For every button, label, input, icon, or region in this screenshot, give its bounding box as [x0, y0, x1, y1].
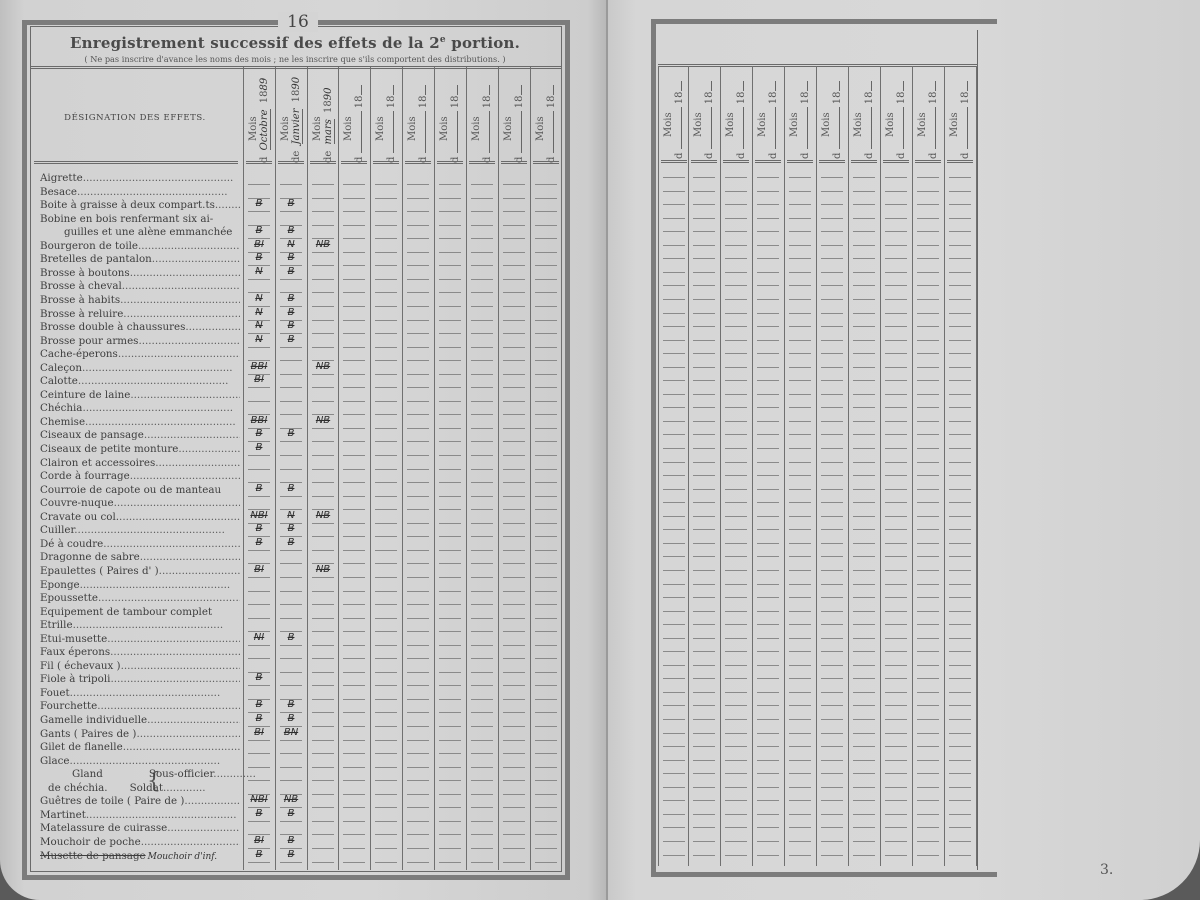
handwritten-entry[interactable]: B: [276, 632, 306, 643]
cell-rule: [949, 570, 971, 571]
cell-rule: [917, 394, 939, 395]
effect-label: Chéchia: [40, 402, 82, 414]
cell-rule: [885, 746, 907, 747]
cell-rule: [885, 204, 907, 205]
cell-rule: [312, 591, 334, 592]
handwritten-entry[interactable]: B: [276, 198, 306, 209]
effect-label: Couvre-nuque: [40, 497, 114, 509]
handwritten-entry[interactable]: B: [244, 523, 274, 534]
handwritten-entry[interactable]: B: [276, 307, 306, 318]
cell-rule: [949, 855, 971, 856]
cell-rule: [821, 191, 843, 192]
cell-rule: [693, 502, 715, 503]
cell-rule: [693, 489, 715, 490]
mois-label: Mois: [663, 112, 674, 137]
cell-rule: [853, 692, 875, 693]
cell-rule: [853, 651, 875, 652]
cell-rule: [663, 516, 685, 517]
cell-rule: [343, 198, 365, 199]
cell-rule: [917, 719, 939, 720]
cell-rule: [471, 794, 493, 795]
mois-label: Mois: [821, 112, 832, 137]
effect-row: guilles et une alène emmanchée: [64, 226, 264, 239]
cell-rule: [663, 651, 685, 652]
cell-rule: [471, 604, 493, 605]
year-suffix[interactable]: 89: [259, 78, 270, 91]
cell-rule: [343, 672, 365, 673]
year-field[interactable]: [768, 81, 776, 91]
cell-rule: [949, 516, 971, 517]
cell-rule: [949, 651, 971, 652]
cell-rule: [853, 787, 875, 788]
cell-rule: [853, 313, 875, 314]
cell-rule: [503, 198, 525, 199]
cell-rule: [407, 658, 429, 659]
year-prefix: 18: [546, 95, 557, 108]
month-name-field[interactable]: Octobre: [259, 109, 271, 150]
mois-label: Mois: [503, 116, 514, 141]
effect-row: Musette de pansageMouchoir d'inf.: [40, 850, 240, 864]
handwritten-entry[interactable]: BI: [244, 835, 274, 846]
handwritten-entry[interactable]: NB: [308, 564, 338, 575]
year-suffix[interactable]: [418, 85, 426, 95]
cell-rule: [248, 455, 270, 456]
cell-rule: [757, 502, 779, 503]
month-name-field[interactable]: [354, 111, 362, 153]
cell-rule: [375, 184, 397, 185]
handwritten-entry[interactable]: B: [276, 835, 306, 846]
year-field[interactable]: [704, 81, 712, 91]
year-field[interactable]: [896, 81, 904, 91]
cell-rule: [407, 794, 429, 795]
cell-rule: [725, 245, 747, 246]
cell-rule: [853, 746, 875, 747]
cell-rule: [917, 529, 939, 530]
handwritten-entry[interactable]: B: [276, 537, 306, 548]
month-name-field[interactable]: [514, 111, 522, 153]
cell-rule: [439, 577, 461, 578]
cell-rule: [407, 699, 429, 700]
cell-rule: [917, 177, 939, 178]
cell-rule: [853, 570, 875, 571]
cell-rule: [503, 455, 525, 456]
month-column-header: Moisd 18: [338, 72, 369, 164]
cell-rule: [949, 407, 971, 408]
cell-rule: [949, 773, 971, 774]
cell-rule: [503, 482, 525, 483]
cell-rule: [663, 827, 685, 828]
cell-rule: [789, 299, 811, 300]
column-rule: [275, 67, 276, 870]
month-name-field[interactable]: [928, 107, 936, 149]
month-column-header: Moisd 18: [720, 68, 751, 160]
handwritten-entry[interactable]: B: [276, 320, 306, 331]
cell-rule: [821, 353, 843, 354]
effect-row: Cravate ou col..........................…: [40, 511, 240, 524]
cell-rule: [949, 638, 971, 639]
handwritten-entry[interactable]: B: [276, 483, 306, 494]
page-number-right: 3.: [1100, 862, 1113, 878]
cell-rule: [503, 563, 525, 564]
handwritten-entry[interactable]: B: [244, 225, 274, 236]
cell-rule: [503, 618, 525, 619]
effect-label: Clairon et accessoires: [40, 457, 155, 469]
handwritten-entry[interactable]: B: [244, 537, 274, 548]
year-suffix[interactable]: [546, 85, 554, 95]
year-field[interactable]: [928, 81, 936, 91]
handwritten-entry[interactable]: NB: [276, 794, 306, 805]
cell-rule: [885, 733, 907, 734]
handwritten-entry[interactable]: N: [276, 239, 306, 250]
year-prefix: 18: [291, 90, 302, 103]
cell-rule: [917, 272, 939, 273]
handwritten-entry[interactable]: B: [276, 808, 306, 819]
year-field[interactable]: [864, 81, 872, 91]
handwritten-entry[interactable]: BN: [276, 727, 306, 738]
cell-rule: [725, 299, 747, 300]
handwritten-entry[interactable]: B: [244, 713, 274, 724]
effect-row: Martinet................................…: [40, 809, 240, 822]
cell-rule: [663, 367, 685, 368]
handwritten-entry[interactable]: B: [244, 198, 274, 209]
handwritten-entry[interactable]: N: [244, 293, 274, 304]
handwritten-entry[interactable]: B: [244, 428, 274, 439]
effect-row: Gamelle individuelle....................…: [40, 714, 240, 727]
cell-rule: [312, 306, 334, 307]
cell-rule: [343, 306, 365, 307]
mois-label: Mois: [407, 116, 418, 141]
cell-rule: [407, 414, 429, 415]
handwritten-entry[interactable]: B: [244, 849, 274, 860]
cell-rule: [280, 455, 302, 456]
year-suffix[interactable]: [354, 85, 362, 95]
cell-rule: [248, 604, 270, 605]
cell-rule: [789, 489, 811, 490]
month-name-field[interactable]: [546, 111, 554, 153]
cell-rule: [853, 624, 875, 625]
cell-rule: [821, 272, 843, 273]
cell-rule: [248, 550, 270, 551]
cell-rule: [693, 191, 715, 192]
cell-rule: [853, 434, 875, 435]
cell-rule: [693, 827, 715, 828]
mois-label: Mois: [853, 112, 864, 137]
year-prefix: 18: [323, 100, 334, 113]
year-field[interactable]: [674, 81, 682, 91]
cell-rule: [757, 841, 779, 842]
month-name-field[interactable]: [674, 107, 682, 149]
cell-rule: [725, 787, 747, 788]
year-suffix[interactable]: 90: [291, 77, 302, 90]
d-label: d: [864, 153, 875, 159]
cell-rule: [789, 502, 811, 503]
cell-rule: [471, 672, 493, 673]
cell-rule: [917, 705, 939, 706]
year-suffix[interactable]: [386, 85, 394, 95]
handwritten-entry[interactable]: B: [276, 334, 306, 345]
cell-rule: [821, 719, 843, 720]
cell-rule: [535, 387, 557, 388]
cell-rule: [407, 753, 429, 754]
cell-rule: [789, 597, 811, 598]
cell-rule: [789, 719, 811, 720]
year-suffix[interactable]: [514, 85, 522, 95]
handwritten-entry[interactable]: BI: [244, 727, 274, 738]
cell-rule: [535, 441, 557, 442]
handwritten-entry[interactable]: NB: [308, 361, 338, 372]
cell-rule: [789, 434, 811, 435]
cell-rule: [725, 841, 747, 842]
handwritten-entry[interactable]: BI: [244, 374, 274, 385]
month-name-field[interactable]: [482, 111, 490, 153]
handwritten-entry[interactable]: N: [276, 510, 306, 521]
effect-label: Ciseaux de pansage: [40, 429, 144, 441]
cell-rule: [853, 272, 875, 273]
cell-rule: [535, 198, 557, 199]
handwritten-entry[interactable]: B: [244, 483, 274, 494]
handwritten-entry[interactable]: NB: [308, 415, 338, 426]
cell-rule: [853, 394, 875, 395]
cell-rule: [663, 746, 685, 747]
cell-rule: [407, 618, 429, 619]
cell-rule: [312, 225, 334, 226]
handwritten-entry[interactable]: B: [244, 442, 274, 453]
cell-rule: [375, 428, 397, 429]
month-name-field[interactable]: [960, 107, 968, 149]
cell-rule: [885, 367, 907, 368]
mois-label: Mois: [375, 116, 386, 141]
cell-rule: [439, 821, 461, 822]
cell-rule: [885, 827, 907, 828]
cell-rule: [248, 401, 270, 402]
cell-rule: [949, 787, 971, 788]
cell-rule: [789, 231, 811, 232]
handwritten-entry[interactable]: B: [276, 252, 306, 263]
cell-rule: [917, 502, 939, 503]
month-column-header: Moisd 18: [784, 68, 815, 160]
handwritten-entry[interactable]: NI: [244, 632, 274, 643]
cell-rule: [853, 489, 875, 490]
handwritten-entry[interactable]: B: [244, 699, 274, 710]
handwritten-entry[interactable]: BBI: [244, 361, 274, 372]
effect-row: Ciseaux de pansage......................…: [40, 429, 240, 442]
cell-rule: [471, 780, 493, 781]
cell-rule: [725, 340, 747, 341]
handwritten-entry[interactable]: BBI: [244, 415, 274, 426]
cell-rule: [312, 780, 334, 781]
cell-rule: [821, 855, 843, 856]
column-rule: [816, 66, 817, 866]
handwritten-entry[interactable]: B: [244, 672, 274, 683]
cell-rule: [503, 848, 525, 849]
cell-rule: [821, 299, 843, 300]
effect-label: Corde à fourrage: [40, 470, 130, 482]
year-field[interactable]: [960, 81, 968, 91]
cell-rule: [343, 211, 365, 212]
handwritten-entry[interactable]: B: [244, 252, 274, 263]
month-column-header: Moisd 18: [688, 68, 719, 160]
year-field[interactable]: [832, 81, 840, 91]
year-field[interactable]: [800, 81, 808, 91]
cell-rule: [375, 455, 397, 456]
handwritten-entry[interactable]: B: [276, 849, 306, 860]
handwritten-entry[interactable]: NBI: [244, 510, 274, 521]
cell-rule: [917, 651, 939, 652]
d-label: d: [674, 153, 685, 159]
month-name-field[interactable]: mars: [323, 119, 335, 144]
cell-rule: [949, 340, 971, 341]
cell-rule: [343, 834, 365, 835]
cell-rule: [949, 231, 971, 232]
handwritten-entry[interactable]: B: [276, 225, 306, 236]
mois-label: Mois: [917, 112, 928, 137]
year-suffix[interactable]: 90: [323, 87, 334, 100]
year-suffix[interactable]: [482, 85, 490, 95]
cell-rule: [439, 563, 461, 564]
cell-rule: [375, 441, 397, 442]
cell-rule: [725, 407, 747, 408]
column-rule: [688, 66, 689, 866]
cell-rule: [280, 360, 302, 361]
cell-rule: [789, 367, 811, 368]
column-rule: [944, 66, 945, 866]
cell-rule: [757, 258, 779, 259]
cell-rule: [757, 353, 779, 354]
handwritten-entry[interactable]: B: [276, 428, 306, 439]
cell-rule: [949, 800, 971, 801]
effect-label: Fouet: [40, 687, 70, 699]
month-name-field[interactable]: [386, 111, 394, 153]
cell-rule: [535, 360, 557, 361]
cell-rule: [312, 631, 334, 632]
handwritten-entry[interactable]: NB: [308, 510, 338, 521]
month-name-field[interactable]: [896, 107, 904, 149]
cell-rule: [663, 814, 685, 815]
cell-rule: [312, 387, 334, 388]
cell-rule: [853, 475, 875, 476]
cell-rule: [439, 333, 461, 334]
month-name-field[interactable]: [768, 107, 776, 149]
cell-rule: [471, 184, 493, 185]
cell-rule: [439, 374, 461, 375]
cell-rule: [885, 705, 907, 706]
month-name-field[interactable]: [832, 107, 840, 149]
effect-label: Martinet: [40, 809, 86, 821]
cell-rule: [789, 773, 811, 774]
handwritten-entry[interactable]: B: [276, 699, 306, 710]
month-name-field[interactable]: [418, 111, 426, 153]
effect-row: Dé à coudre.............................…: [40, 538, 240, 551]
cell-rule: [407, 645, 429, 646]
cell-rule: [375, 360, 397, 361]
cell-rule: [725, 272, 747, 273]
cell-rule: [949, 434, 971, 435]
cell-rule: [693, 543, 715, 544]
cell-rule: [375, 374, 397, 375]
cell-rule: [885, 529, 907, 530]
month-name-field[interactable]: [736, 107, 744, 149]
handwritten-entry[interactable]: NB: [308, 239, 338, 250]
handwritten-entry[interactable]: B: [276, 523, 306, 534]
cell-rule: [375, 211, 397, 212]
column-header-rule: [310, 161, 336, 164]
year-suffix[interactable]: [450, 85, 458, 95]
month-name-field[interactable]: [450, 111, 458, 153]
month-name-field[interactable]: Janvier: [291, 109, 303, 145]
cell-rule: [757, 692, 779, 693]
handwritten-entry[interactable]: NBI: [244, 794, 274, 805]
handwritten-entry[interactable]: N: [244, 320, 274, 331]
cell-rule: [312, 767, 334, 768]
cell-rule: [885, 313, 907, 314]
effect-label: Faux éperons: [40, 646, 110, 658]
effect-label: Gilet de flanelle: [40, 741, 123, 753]
effect-row: Couvre-nuque............................…: [40, 497, 240, 510]
cell-rule: [312, 252, 334, 253]
year-field[interactable]: [736, 81, 744, 91]
effect-row: Aigrette................................…: [40, 172, 240, 185]
cell-rule: [917, 570, 939, 571]
cell-rule: [407, 333, 429, 334]
cell-rule: [917, 245, 939, 246]
handwritten-entry[interactable]: B: [276, 266, 306, 277]
cell-rule: [821, 624, 843, 625]
cell-rule: [248, 740, 270, 741]
month-name-field[interactable]: [800, 107, 808, 149]
cell-rule: [949, 529, 971, 530]
month-name-field[interactable]: [704, 107, 712, 149]
cell-rule: [821, 773, 843, 774]
month-name-field[interactable]: [864, 107, 872, 149]
cell-rule: [471, 225, 493, 226]
cell-rule: [663, 719, 685, 720]
cell-rule: [280, 563, 302, 564]
cell-rule: [248, 753, 270, 754]
handwritten-entry[interactable]: B: [276, 713, 306, 724]
handwritten-entry[interactable]: N: [244, 334, 274, 345]
cell-rule: [789, 245, 811, 246]
cell-rule: [853, 326, 875, 327]
cell-rule: [789, 448, 811, 449]
cell-rule: [663, 313, 685, 314]
cell-rule: [343, 726, 365, 727]
cell-rule: [343, 848, 365, 849]
cell-rule: [439, 482, 461, 483]
cell-rule: [439, 360, 461, 361]
cell-rule: [503, 672, 525, 673]
cell-rule: [949, 218, 971, 219]
page-subtitle: ( Ne pas inscrire d'avance les noms des …: [30, 54, 560, 64]
cell-rule: [885, 340, 907, 341]
effect-row: Chemise.................................…: [40, 416, 240, 429]
cell-rule: [407, 563, 429, 564]
cell-rule: [312, 848, 334, 849]
effect-label: Ciseaux de petite monture: [40, 443, 178, 455]
handwritten-entry[interactable]: BI: [244, 564, 274, 575]
cell-rule: [821, 204, 843, 205]
handwritten-entry[interactable]: N: [244, 266, 274, 277]
handwritten-entry[interactable]: B: [276, 293, 306, 304]
cell-rule: [917, 380, 939, 381]
cell-rule: [535, 469, 557, 470]
handwritten-entry[interactable]: B: [244, 808, 274, 819]
cell-rule: [503, 767, 525, 768]
cell-rule: [757, 475, 779, 476]
cell-rule: [789, 841, 811, 842]
handwritten-entry[interactable]: BI: [244, 239, 274, 250]
cell-rule: [949, 624, 971, 625]
handwritten-entry[interactable]: N: [244, 307, 274, 318]
